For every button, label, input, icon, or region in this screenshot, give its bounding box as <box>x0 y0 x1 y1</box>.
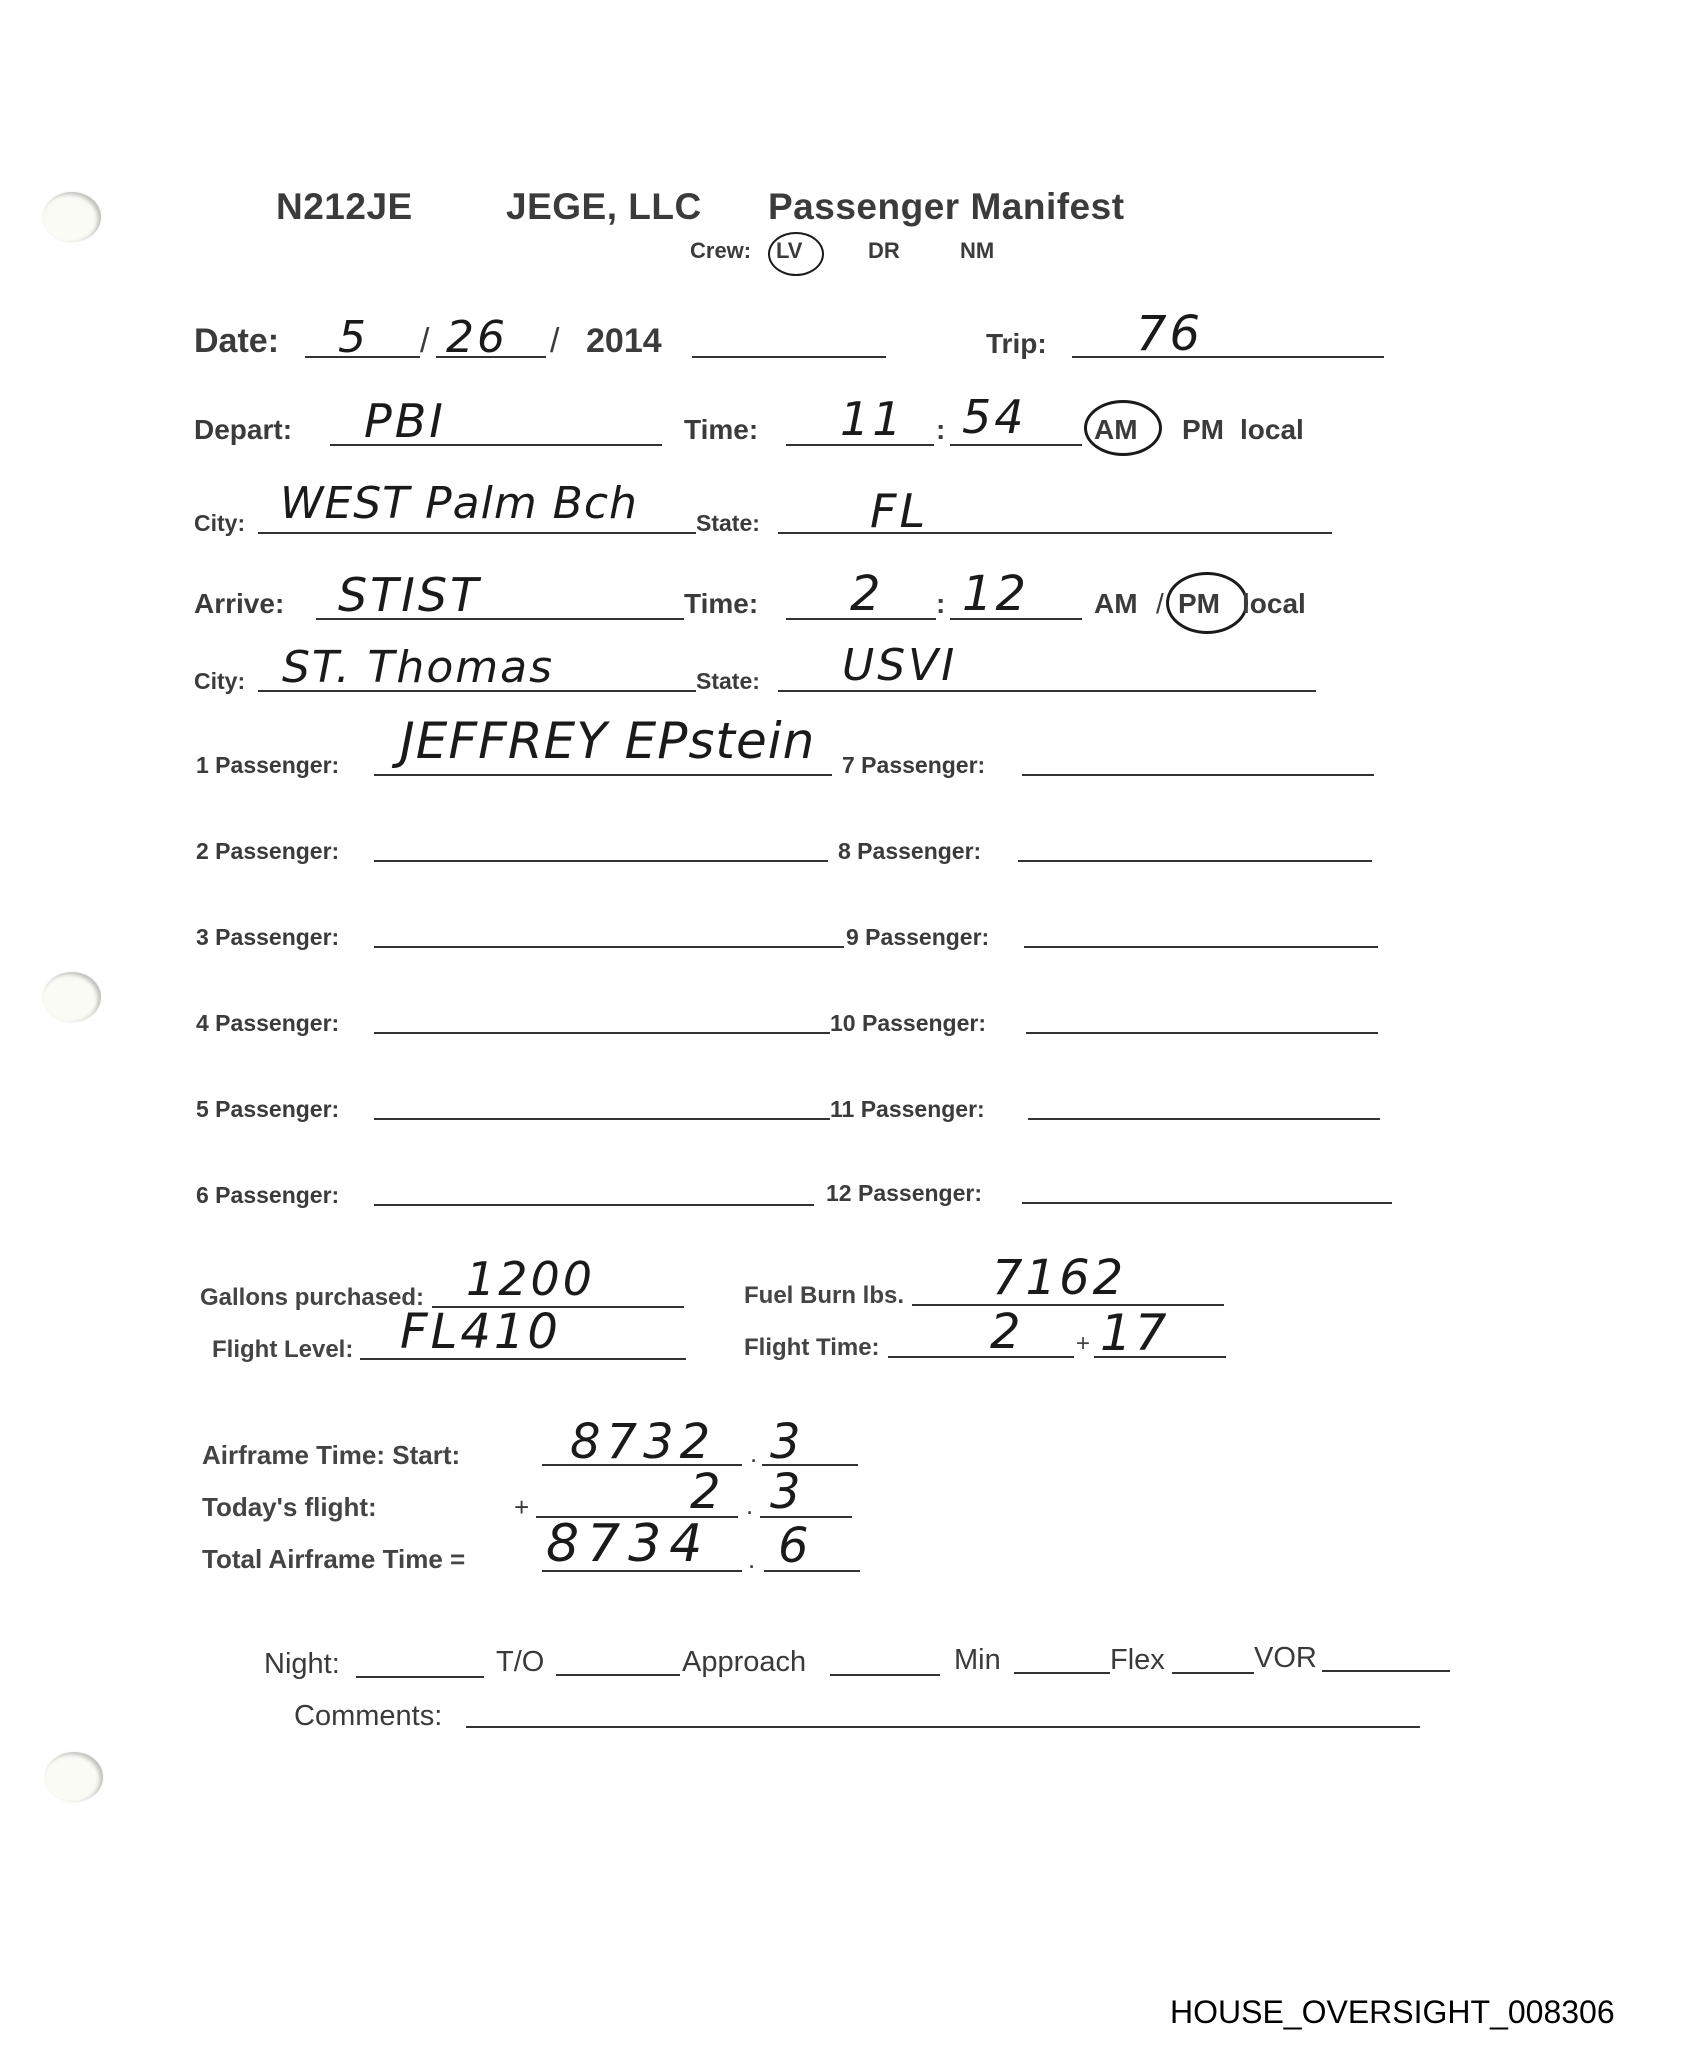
gallons-label: Gallons purchased: <box>200 1284 424 1312</box>
passenger-3-label: 3 Passenger: <box>196 924 339 951</box>
passenger-3-line[interactable] <box>374 946 844 948</box>
hole-punch <box>45 1752 103 1802</box>
depart-pm-option[interactable]: PM <box>1182 414 1224 446</box>
passenger-1-value[interactable]: JEFFREY EPstein <box>400 712 815 770</box>
crew-selected-circle <box>768 232 824 276</box>
arrive-city-value[interactable]: ST. Thomas <box>282 642 554 693</box>
passenger-8-label: 8 Passenger: <box>838 838 981 865</box>
passenger-10-label: 10 Passenger: <box>830 1010 986 1037</box>
arrive-local-label: local <box>1242 588 1306 620</box>
depart-time-label: Time: <box>684 414 758 446</box>
airframe-start-tenths-value[interactable]: 3 <box>770 1414 804 1470</box>
depart-time-colon: : <box>936 414 945 446</box>
depart-minute-line <box>950 444 1082 446</box>
passenger-12-label: 12 Passenger: <box>826 1180 982 1207</box>
fuel-burn-label: Fuel Burn lbs. <box>744 1282 904 1310</box>
passenger-2-line[interactable] <box>374 860 828 862</box>
passenger-7-label: 7 Passenger: <box>842 752 985 779</box>
passenger-2-label: 2 Passenger: <box>196 838 339 865</box>
flight-level-value[interactable]: FL410 <box>400 1304 561 1360</box>
hole-punch <box>43 192 101 242</box>
approach-line[interactable] <box>830 1674 940 1676</box>
total-airframe-tenths-value[interactable]: 6 <box>778 1518 812 1574</box>
crew-option-dr[interactable]: DR <box>868 238 900 264</box>
depart-state-value[interactable]: FL <box>870 484 928 538</box>
flex-line[interactable] <box>1172 1672 1254 1674</box>
arrive-city-label: City: <box>194 668 245 695</box>
arrive-am-option[interactable]: AM <box>1094 588 1138 620</box>
date-day-value[interactable]: 26 <box>446 312 508 363</box>
depart-hour-value[interactable]: 11 <box>840 392 905 446</box>
form-title: Passenger Manifest <box>768 186 1125 228</box>
depart-label: Depart: <box>194 414 292 446</box>
flight-time-hours-value[interactable]: 2 <box>990 1304 1024 1360</box>
arrive-state-value[interactable]: USVI <box>842 640 957 691</box>
arrive-minute-value[interactable]: 12 <box>962 566 1029 622</box>
passenger-9-label: 9 Passenger: <box>846 924 989 951</box>
passenger-11-label: 11 Passenger: <box>830 1096 985 1123</box>
gallons-value[interactable]: 1200 <box>466 1252 595 1306</box>
flight-time-label: Flight Time: <box>744 1334 880 1362</box>
trip-label: Trip: <box>986 328 1047 360</box>
todays-flight-label: Today's flight: <box>202 1492 377 1523</box>
airframe-start-dot: . <box>750 1438 757 1469</box>
flex-label: Flex <box>1110 1644 1165 1677</box>
passenger-7-line[interactable] <box>1022 774 1374 776</box>
company-name: JEGE, LLC <box>506 186 702 228</box>
date-label: Date: <box>194 322 279 361</box>
arrive-state-label: State: <box>696 668 760 695</box>
night-label: Night: <box>264 1648 340 1681</box>
arrive-meridiem-slash: / <box>1156 588 1164 620</box>
min-label: Min <box>954 1644 1001 1677</box>
todays-flight-plus: + <box>514 1492 529 1523</box>
arrive-hour-value[interactable]: 2 <box>850 566 884 622</box>
bates-number: HOUSE_OVERSIGHT_008306 <box>1170 1994 1615 2031</box>
passenger-10-line[interactable] <box>1026 1032 1378 1034</box>
passenger-6-line[interactable] <box>374 1204 814 1206</box>
tail-number: N212JE <box>276 186 413 228</box>
passenger-1-line[interactable] <box>374 774 832 776</box>
approach-label: Approach <box>682 1646 806 1679</box>
depart-am-selected-circle <box>1084 400 1162 456</box>
vor-line[interactable] <box>1322 1670 1450 1672</box>
passenger-4-label: 4 Passenger: <box>196 1010 339 1037</box>
takeoff-label: T/O <box>496 1646 544 1679</box>
depart-city-line <box>258 532 696 534</box>
date-year-line <box>692 356 886 358</box>
depart-city-value[interactable]: WEST Palm Bch <box>280 478 638 529</box>
passenger-9-line[interactable] <box>1024 946 1378 948</box>
crew-label: Crew: <box>690 238 751 264</box>
hole-punch <box>43 972 101 1022</box>
arrive-label: Arrive: <box>194 588 284 620</box>
todays-flight-whole-value[interactable]: 2 <box>690 1464 724 1520</box>
passenger-6-label: 6 Passenger: <box>196 1182 339 1209</box>
trip-line <box>1072 356 1384 358</box>
passenger-5-label: 5 Passenger: <box>196 1096 339 1123</box>
trip-number-value[interactable]: 76 <box>1136 306 1203 362</box>
airframe-start-label: Airframe Time: Start: <box>202 1440 460 1471</box>
night-line[interactable] <box>356 1676 484 1678</box>
depart-state-label: State: <box>696 510 760 537</box>
todays-flight-dot: . <box>746 1490 753 1521</box>
arrive-pm-selected-circle <box>1166 572 1248 634</box>
passenger-4-line[interactable] <box>374 1032 830 1034</box>
airframe-start-whole-value[interactable]: 8732 <box>570 1414 716 1470</box>
takeoff-line[interactable] <box>556 1674 680 1676</box>
depart-minute-value[interactable]: 54 <box>962 390 1027 444</box>
total-airframe-whole-value[interactable]: 8734 <box>546 1514 710 1574</box>
comments-label: Comments: <box>294 1700 442 1733</box>
flight-level-label: Flight Level: <box>212 1336 353 1364</box>
date-separator: / <box>420 322 429 361</box>
total-airframe-dot: . <box>748 1544 755 1575</box>
fuel-burn-value[interactable]: 7162 <box>992 1250 1126 1306</box>
depart-airport-value[interactable]: PBI <box>364 394 446 448</box>
flight-time-plus: + <box>1076 1330 1090 1358</box>
passenger-1-label: 1 Passenger: <box>196 752 339 779</box>
passenger-11-line[interactable] <box>1028 1118 1380 1120</box>
todays-flight-tenths-value[interactable]: 3 <box>770 1464 804 1520</box>
date-separator: / <box>550 322 559 361</box>
min-line[interactable] <box>1014 1672 1110 1674</box>
depart-state-line <box>778 532 1332 534</box>
date-year: 2014 <box>586 322 662 361</box>
arrive-time-colon: : <box>936 588 945 620</box>
crew-option-nm[interactable]: NM <box>960 238 994 264</box>
arrive-time-label: Time: <box>684 588 758 620</box>
passenger-12-line[interactable] <box>1022 1202 1392 1204</box>
total-airframe-label: Total Airframe Time = <box>202 1544 465 1575</box>
vor-label: VOR <box>1254 1642 1317 1675</box>
flight-time-minutes-value[interactable]: 17 <box>1100 1304 1170 1362</box>
depart-local-label: local <box>1240 414 1304 446</box>
passenger-8-line[interactable] <box>1018 860 1372 862</box>
arrive-airport-value[interactable]: STIST <box>338 568 481 622</box>
depart-city-label: City: <box>194 510 245 537</box>
passenger-5-line[interactable] <box>374 1118 830 1120</box>
comments-line[interactable] <box>466 1726 1420 1728</box>
flight-time-hours-line <box>888 1356 1074 1358</box>
date-month-value[interactable]: 5 <box>338 312 369 363</box>
